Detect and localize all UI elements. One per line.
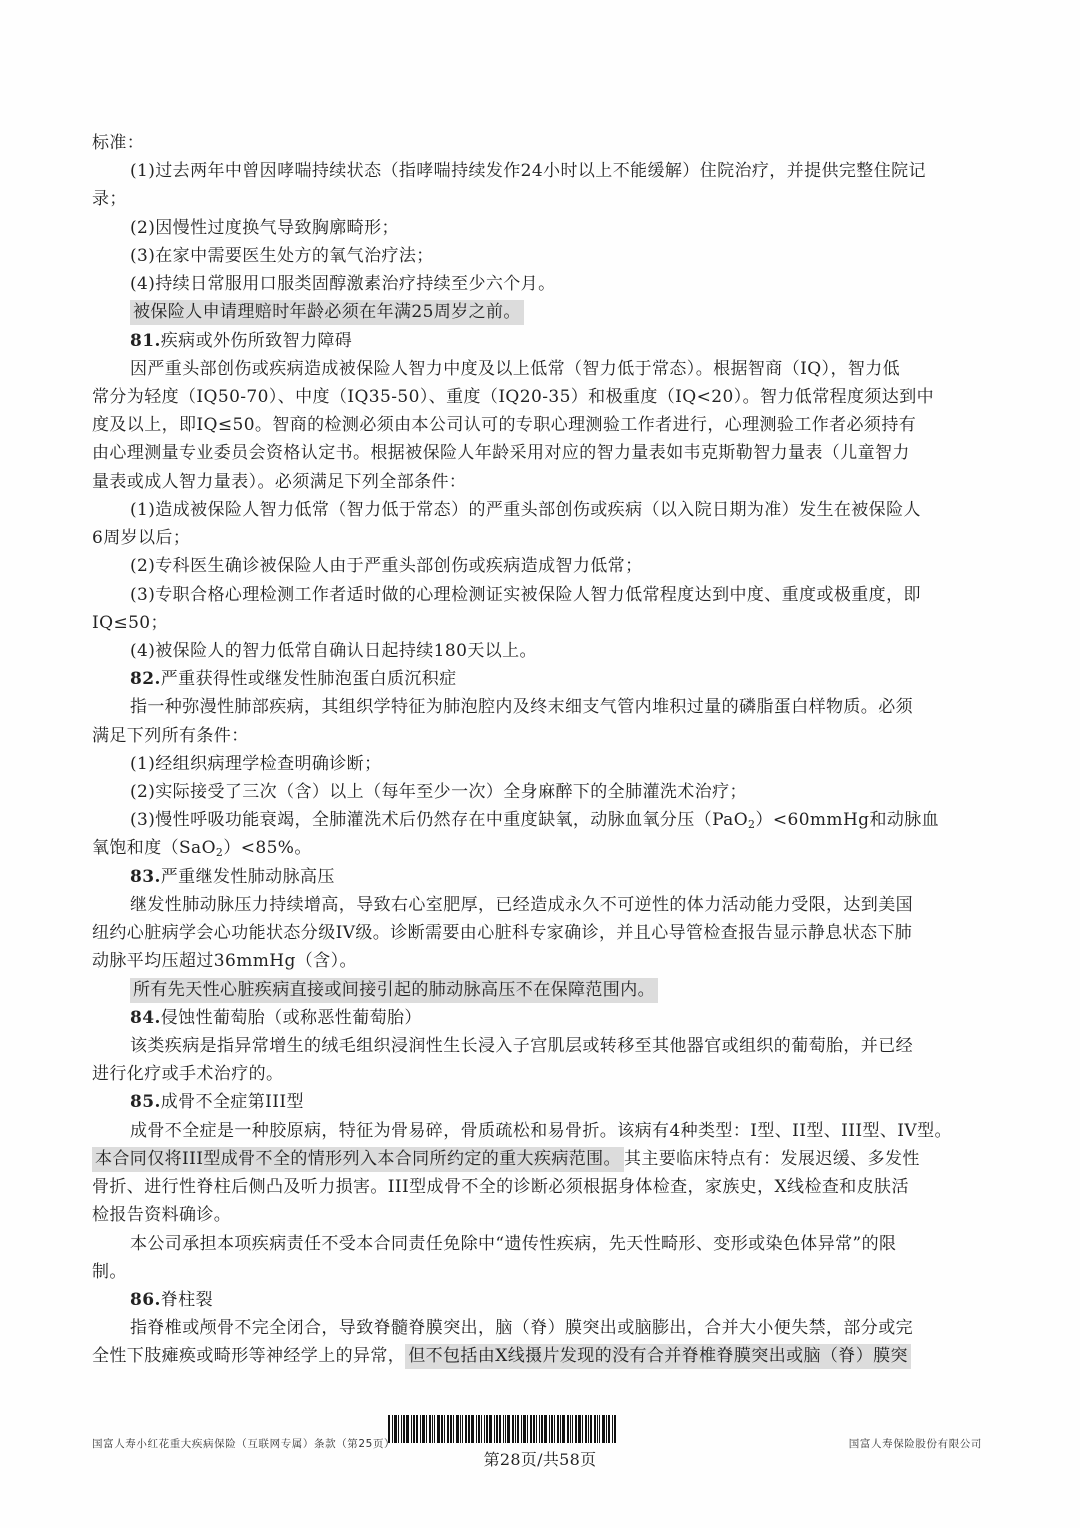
line-text: (2)实际接受了三次（含）以上（每年至少一次）全身麻醉下的全肺灌洗术治疗；: [130, 782, 747, 802]
barcode-bar: [394, 1415, 397, 1443]
section-number: 83.: [130, 867, 161, 887]
barcode-bar: [420, 1415, 421, 1443]
text-line: (4)被保险人的智力低常自确认日起持续180天以上。: [92, 637, 990, 665]
barcode-bar: [494, 1415, 495, 1443]
barcode-bar: [560, 1415, 561, 1443]
barcode-bar: [468, 1415, 470, 1443]
text-line: 制。: [92, 1258, 990, 1286]
barcode-bar: [413, 1415, 415, 1443]
barcode-bar: [590, 1415, 592, 1443]
section-title: 疾病或外伤所致智力障碍: [161, 331, 352, 351]
barcode-bar: [481, 1415, 482, 1443]
barcode-bar: [533, 1415, 535, 1443]
line-text: 指一种弥漫性肺部疾病，其组织学特征为肺泡腔内及终末细支气管内堆积过量的磷脂蛋白样…: [130, 697, 913, 717]
barcode-bar: [478, 1415, 480, 1443]
line-text: 纽约心脏病学会心功能状态分级IV级。诊断需要由心脏科专家确诊，并且心导管检查报告…: [92, 923, 912, 943]
text-line: 纽约心脏病学会心功能状态分级IV级。诊断需要由心脏科专家确诊，并且心导管检查报告…: [92, 919, 990, 947]
barcode-bar: [606, 1415, 607, 1443]
barcode-bar: [422, 1415, 425, 1443]
barcode-bar: [572, 1415, 573, 1443]
line-text: ）<60mmHg和动脉血: [755, 810, 939, 830]
barcode-bar: [447, 1415, 449, 1443]
section-number: 85.: [130, 1092, 161, 1112]
line-text: 录；: [92, 189, 127, 209]
line-text: (1)经组织病理学检查明确诊断；: [130, 754, 381, 774]
text-line: (2)实际接受了三次（含）以上（每年至少一次）全身麻醉下的全肺灌洗术治疗；: [92, 778, 990, 806]
line-text: 指脊椎或颅骨不完全闭合，导致脊髓脊膜突出，脑（脊）膜突出或脑膨出，合并大小便失禁…: [130, 1318, 913, 1338]
section-heading: 85.成骨不全症第III型: [92, 1088, 990, 1116]
section-heading: 83.严重继发性肺动脉高压: [92, 863, 990, 891]
barcode-bar: [530, 1415, 532, 1443]
line-text: 制。: [92, 1262, 127, 1282]
text-line: (4)持续日常服用口服类固醇激素治疗持续至少六个月。: [92, 270, 990, 298]
barcode-bar: [527, 1415, 528, 1443]
line-text: (3)慢性呼吸功能衰竭，全肺灌洗术后仍然存在中重度缺氧，动脉血氧分压（PaO: [130, 810, 748, 830]
barcode-bar: [570, 1415, 571, 1443]
section-title: 侵蚀性葡萄胎（或称恶性葡萄胎）: [161, 1008, 422, 1028]
line-text: 其主要临床特点有：发展迟缓、多发性: [624, 1149, 920, 1169]
highlighted-text: 本合同仅将III型成骨不全的情形列入本合同所约定的重大疾病范围。: [92, 1147, 624, 1172]
barcode-bar: [411, 1415, 412, 1443]
barcode-bar: [536, 1415, 537, 1443]
text-line: 检报告资料确诊。: [92, 1201, 990, 1229]
barcode-bar: [429, 1415, 431, 1443]
text-line: 动脉平均压超过36mmHg（含）。: [92, 947, 990, 975]
barcode-bar: [575, 1415, 577, 1443]
line-text: 标准：: [92, 133, 144, 153]
text-line: 成骨不全症是一种胶原病，特征为骨易碎，骨质疏松和易骨折。该病有4种类型：I型、I…: [92, 1117, 990, 1145]
highlighted-text: 但不包括由X线摄片发现的没有合并脊椎脊膜突出或脑（脊）膜突: [405, 1344, 911, 1369]
text-line: (2)专科医生确诊被保险人由于严重头部创伤或疾病造成智力低常；: [92, 552, 990, 580]
barcode-bar: [512, 1415, 514, 1443]
barcode-bar: [515, 1415, 516, 1443]
line-text: (2)专科医生确诊被保险人由于严重头部创伤或疾病造成智力低常；: [130, 556, 642, 576]
footer-company-name: 国富人寿保险股份有限公司: [849, 1436, 982, 1451]
barcode-bar: [453, 1415, 454, 1443]
text-line: 本公司承担本项疾病责任不受本合同责任免除中“遗传性疾病，先天性畸形、变形或染色体…: [92, 1230, 990, 1258]
barcode-bar: [507, 1415, 510, 1443]
line-text: (3)在家中需要医生处方的氧气治疗法；: [130, 246, 434, 266]
barcode-bar: [403, 1415, 405, 1443]
text-line: 量表或成人智力量表）。必须满足下列全部条件：: [92, 468, 990, 496]
text-line: 录；: [92, 185, 990, 213]
barcode-bar: [388, 1415, 390, 1443]
line-text: 度及以上，即IQ≤50。智商的检测必须由本公司认可的专职心理测验工作者进行，心理…: [92, 415, 916, 435]
section-title: 成骨不全症第III型: [161, 1092, 304, 1112]
text-line: 进行化疗或手术治疗的。: [92, 1060, 990, 1088]
barcode-bar: [562, 1415, 565, 1443]
barcode-bar: [544, 1415, 547, 1443]
barcode-bar: [499, 1415, 501, 1443]
barcode-bar: [432, 1415, 433, 1443]
line-text: (3)专职合格心理检测工作者适时做的心理检测证实被保险人智力低常程度达到中度、重…: [130, 585, 921, 605]
section-heading: 86.脊柱裂: [92, 1286, 990, 1314]
barcode-bar: [612, 1415, 613, 1443]
text-line: 所有先天性心脏疾病直接或间接引起的肺动脉高压不在保障范围内。: [92, 976, 990, 1004]
barcode-bar: [588, 1415, 589, 1443]
barcode-bar: [496, 1415, 498, 1443]
barcode-bar: [441, 1415, 443, 1443]
barcode-bar: [521, 1415, 522, 1443]
barcode-bar: [599, 1415, 600, 1443]
barcode-bar: [614, 1415, 616, 1443]
barcode-bar: [523, 1415, 526, 1443]
section-title: 脊柱裂: [161, 1290, 213, 1310]
text-line: 骨折、进行性脊柱后侧凸及听力损害。III型成骨不全的诊断必须根据身体检查，家族史…: [92, 1173, 990, 1201]
line-text: IQ≤50；: [92, 613, 168, 633]
barcode-bar: [578, 1415, 581, 1443]
barcode-bar: [460, 1415, 461, 1443]
barcode-bar: [608, 1415, 610, 1443]
text-line: 度及以上，即IQ≤50。智商的检测必须由本公司认可的专职心理测验工作者进行，心理…: [92, 411, 990, 439]
section-number: 81.: [130, 331, 161, 351]
line-text: 进行化疗或手术治疗的。: [92, 1064, 283, 1084]
line-text: 由心理测量专业委员会资格认定书。根据被保险人年龄采用对应的智力量表如韦克斯勒智力…: [92, 443, 910, 463]
line-text: 常分为轻度（IQ50-70）、中度（IQ35-50）、重度（IQ20-35）和极…: [92, 387, 934, 407]
barcode-bar: [462, 1415, 463, 1443]
text-line: (1)过去两年中曾因哮喘持续状态（指哮喘持续发作24小时以上不能缓解）住院治疗，…: [92, 157, 990, 185]
barcode: [388, 1415, 698, 1443]
line-text: 因严重头部创伤或疾病造成被保险人智力中度及以上低常（智力低于常态）。根据智商（I…: [130, 359, 900, 379]
document-body: 标准：(1)过去两年中曾因哮喘持续状态（指哮喘持续发作24小时以上不能缓解）住院…: [92, 129, 990, 1371]
barcode-bar: [597, 1415, 598, 1443]
barcode-bar: [476, 1415, 477, 1443]
barcode-bar: [505, 1415, 506, 1443]
barcode-bar: [406, 1415, 409, 1443]
text-line: (2)因慢性过度换气导致胸廓畸形；: [92, 214, 990, 242]
highlighted-text: 被保险人申请理赔时年龄必须在年满25周岁之前。: [130, 300, 524, 325]
section-heading: 82.严重获得性或继发性肺泡蛋白质沉积症: [92, 665, 990, 693]
text-line: (3)慢性呼吸功能衰竭，全肺灌洗术后仍然存在中重度缺氧，动脉血氧分压（PaO2）…: [92, 806, 990, 834]
text-line: 被保险人申请理赔时年龄必须在年满25周岁之前。: [92, 298, 990, 326]
barcode-bar: [539, 1415, 540, 1443]
line-text: 6周岁以后；: [92, 528, 190, 548]
section-heading: 84.侵蚀性葡萄胎（或称恶性葡萄胎）: [92, 1004, 990, 1032]
barcode-bar: [503, 1415, 504, 1443]
barcode-bar: [486, 1415, 488, 1443]
barcode-bar: [465, 1415, 467, 1443]
text-line: 本合同仅将III型成骨不全的情形列入本合同所约定的重大疾病范围。其主要临床特点有…: [92, 1145, 990, 1173]
barcode-bar: [582, 1415, 583, 1443]
section-heading: 81.疾病或外伤所致智力障碍: [92, 327, 990, 355]
line-text: 骨折、进行性脊柱后侧凸及听力损害。III型成骨不全的诊断必须根据身体检查，家族史…: [92, 1177, 909, 1197]
barcode-bar: [392, 1415, 393, 1443]
text-line: (3)专职合格心理检测工作者适时做的心理检测证实被保险人智力低常程度达到中度、重…: [92, 581, 990, 609]
document-page: 标准：(1)过去两年中曾因哮喘持续状态（指哮喘持续发作24小时以上不能缓解）住院…: [0, 0, 1080, 1528]
barcode-bar: [456, 1415, 459, 1443]
line-text: 该类疾病是指异常增生的绒毛组织浸润性生长浸入子宫肌层或转移至其他器官或组织的葡萄…: [130, 1036, 913, 1056]
line-text: (1)造成被保险人智力低常（智力低于常态）的严重头部创伤或疾病（以入院日期为准）…: [130, 500, 921, 520]
text-line: 常分为轻度（IQ50-70）、中度（IQ35-50）、重度（IQ20-35）和极…: [92, 383, 990, 411]
section-title: 严重继发性肺动脉高压: [161, 867, 335, 887]
section-number: 84.: [130, 1008, 161, 1028]
line-text: 成骨不全症是一种胶原病，特征为骨易碎，骨质疏松和易骨折。该病有4种类型：I型、I…: [130, 1121, 952, 1141]
text-line: (3)在家中需要医生处方的氧气治疗法；: [92, 242, 990, 270]
barcode-bar: [517, 1415, 519, 1443]
barcode-bar: [549, 1415, 550, 1443]
text-line: 全性下肢瘫痪或畸形等神经学上的异常，但不包括由X线摄片发现的没有合并脊椎脊膜突出…: [92, 1342, 990, 1370]
line-text: 量表或成人智力量表）。必须满足下列全部条件：: [92, 472, 466, 492]
barcode-bar: [594, 1415, 596, 1443]
text-line: 继发性肺动脉压力持续增高，导致右心室肥厚，已经造成永久不可逆性的体力活动能力受限…: [92, 891, 990, 919]
barcode-bar: [551, 1415, 553, 1443]
barcode-bar: [489, 1415, 492, 1443]
barcode-bar: [484, 1415, 485, 1443]
line-text: (4)被保险人的智力低常自确认日起持续180天以上。: [130, 641, 537, 661]
barcode-bar: [602, 1415, 605, 1443]
line-text: 全性下肢瘫痪或畸形等神经学上的异常，: [92, 1346, 405, 1366]
barcode-bar: [585, 1415, 587, 1443]
text-line: 由心理测量专业委员会资格认定书。根据被保险人年龄采用对应的智力量表如韦克斯勒智力…: [92, 439, 990, 467]
barcode-bar: [471, 1415, 474, 1443]
highlighted-text: 所有先天性心脏疾病直接或间接引起的肺动脉高压不在保障范围内。: [130, 978, 658, 1003]
section-title: 严重获得性或继发性肺泡蛋白质沉积症: [161, 669, 457, 689]
line-text: 氧饱和度（SaO: [92, 838, 216, 858]
text-line: IQ≤50；: [92, 609, 990, 637]
line-text: 检报告资料确诊。: [92, 1205, 231, 1225]
line-text: 继发性肺动脉压力持续增高，导致右心室肥厚，已经造成永久不可逆性的体力活动能力受限…: [130, 895, 913, 915]
line-text: 本公司承担本项疾病责任不受本合同责任免除中“遗传性疾病，先天性畸形、变形或染色体…: [130, 1234, 896, 1254]
section-number: 86.: [130, 1290, 161, 1310]
barcode-bar: [437, 1415, 440, 1443]
line-text: (2)因慢性过度换气导致胸廓畸形；: [130, 218, 399, 238]
line-text: 动脉平均压超过36mmHg（含）。: [92, 951, 357, 971]
text-line: 6周岁以后；: [92, 524, 990, 552]
text-line: 标准：: [92, 129, 990, 157]
barcode-bar: [541, 1415, 543, 1443]
barcode-bar: [434, 1415, 435, 1443]
line-text: (1)过去两年中曾因哮喘持续状态（指哮喘持续发作24小时以上不能缓解）住院治疗，…: [130, 161, 926, 181]
section-number: 82.: [130, 669, 161, 689]
barcode-bar: [426, 1415, 427, 1443]
barcode-bar: [444, 1415, 445, 1443]
text-line: (1)造成被保险人智力低常（智力低于常态）的严重头部创伤或疾病（以入院日期为准）…: [92, 496, 990, 524]
barcode-bar: [554, 1415, 555, 1443]
text-line: 指一种弥漫性肺部疾病，其组织学特征为肺泡腔内及终末细支气管内堆积过量的磷脂蛋白样…: [92, 693, 990, 721]
barcode-bar: [401, 1415, 402, 1443]
text-line: 氧饱和度（SaO2）<85%。: [92, 834, 990, 862]
line-text: (4)持续日常服用口服类固醇激素治疗持续至少六个月。: [130, 274, 555, 294]
barcode-bar: [398, 1415, 399, 1443]
barcode-bar: [450, 1415, 452, 1443]
text-line: (1)经组织病理学检查明确诊断；: [92, 750, 990, 778]
line-text: ）<85%。: [223, 838, 311, 858]
text-line: 该类疾病是指异常增生的绒毛组织浸润性生长浸入子宫肌层或转移至其他器官或组织的葡萄…: [92, 1032, 990, 1060]
barcode-bar: [416, 1415, 418, 1443]
text-line: 指脊椎或颅骨不完全闭合，导致脊髓脊膜突出，脑（脊）膜突出或脑膨出，合并大小便失禁…: [92, 1314, 990, 1342]
line-text: 满足下列所有条件：: [92, 726, 249, 746]
text-line: 满足下列所有条件：: [92, 722, 990, 750]
barcode-bar: [567, 1415, 569, 1443]
barcode-bar: [557, 1415, 559, 1443]
text-line: 因严重头部创伤或疾病造成被保险人智力中度及以上低常（智力低于常态）。根据智商（I…: [92, 355, 990, 383]
